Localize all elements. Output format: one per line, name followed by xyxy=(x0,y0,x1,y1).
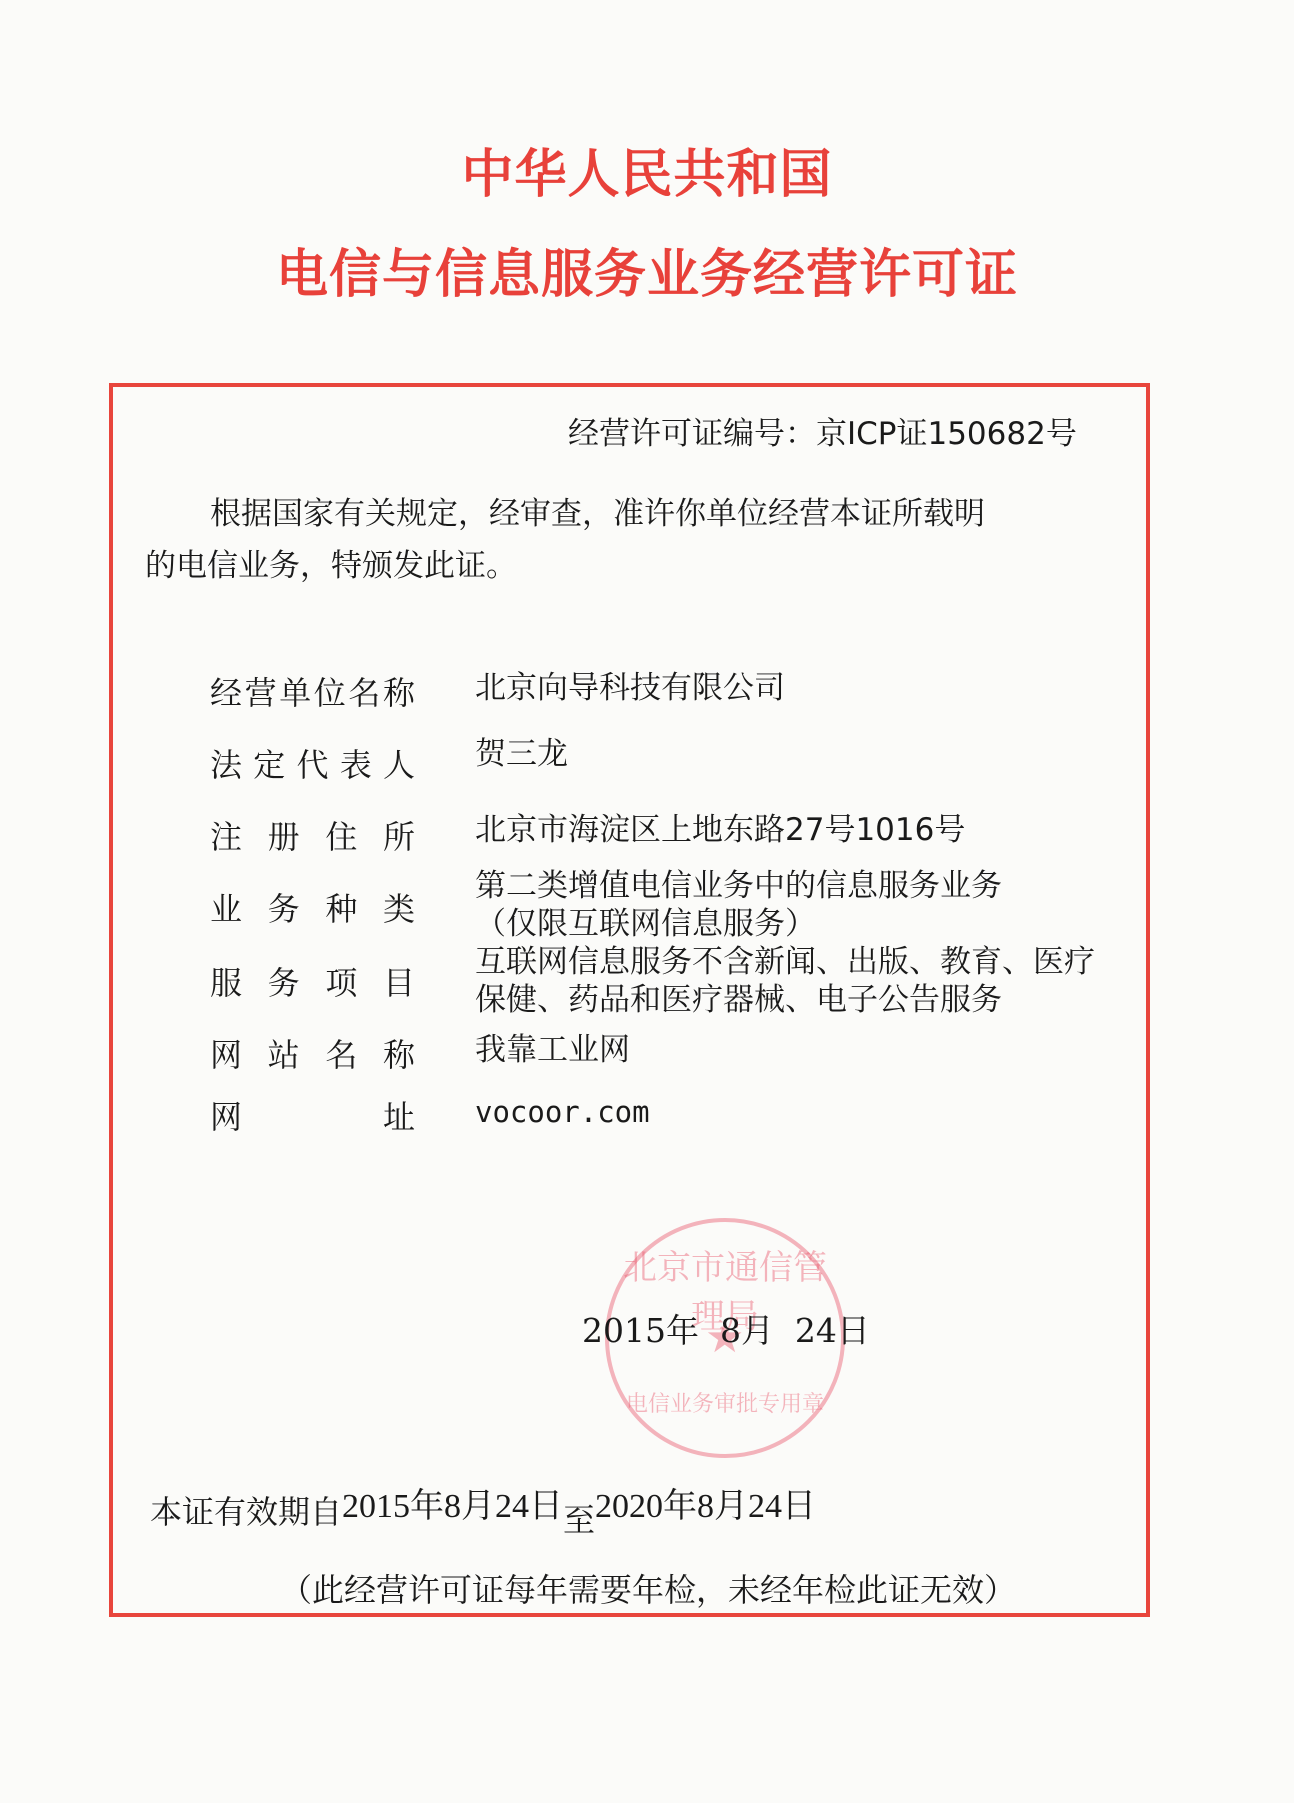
label-company-name: 经营单位名称 xyxy=(210,668,415,714)
value-website-name: 我靠工业网 xyxy=(475,1030,630,1070)
value-service-items-line2: 保健、药品和医疗器械、电子公告服务 xyxy=(475,980,1002,1020)
value-business-type-line2: （仅限互联网信息服务） xyxy=(475,904,816,944)
value-business-type-line1: 第二类增值电信业务中的信息服务业务 xyxy=(475,866,1002,906)
value-legal-representative: 贺三龙 xyxy=(475,734,568,774)
validity-prefix: 本证有效期自 xyxy=(150,1493,342,1531)
annual-inspection-note: （此经营许可证每年需要年检，未经年检此证无效） xyxy=(280,1565,1016,1611)
intro-line-2: 的电信业务，特颁发此证。 xyxy=(145,540,517,585)
intro-line-1: 根据国家有关规定，经审查，准许你单位经营本证所载明 xyxy=(210,488,985,533)
label-legal-representative: 法定代表人 xyxy=(210,740,415,786)
seal-bottom-text: 电信业务审批专用章 xyxy=(609,1387,841,1418)
certificate-title-country: 中华人民共和国 xyxy=(0,132,1294,207)
license-number: 经营许可证编号：京ICP证150682号 xyxy=(568,408,1077,453)
label-service-items: 服务项目 xyxy=(210,958,415,1004)
issue-date: 2015年 8月 24日 xyxy=(582,1305,870,1352)
label-business-type: 业务种类 xyxy=(210,884,415,930)
value-company-name: 北京向导科技有限公司 xyxy=(475,668,785,708)
label-registered-address: 注册住所 xyxy=(210,812,415,858)
value-service-items-line1: 互联网信息服务不含新闻、出版、教育、医疗 xyxy=(475,942,1095,982)
value-registered-address: 北京市海淀区上地东路27号1016号 xyxy=(475,810,965,850)
validity-period: 本证有效期自2015年8月24日至2020年8月24日 xyxy=(150,1478,816,1541)
validity-to: 2020年8月24日 xyxy=(595,1488,816,1525)
label-website-name: 网站名称 xyxy=(210,1030,415,1076)
validity-from: 2015年8月24日 xyxy=(342,1488,563,1525)
certificate-title-license: 电信与信息服务业务经营许可证 xyxy=(0,232,1294,307)
value-website-url: vocoor.com xyxy=(475,1092,650,1132)
validity-to-word: 至 xyxy=(563,1501,595,1539)
label-website-url: 网址 xyxy=(210,1092,415,1138)
